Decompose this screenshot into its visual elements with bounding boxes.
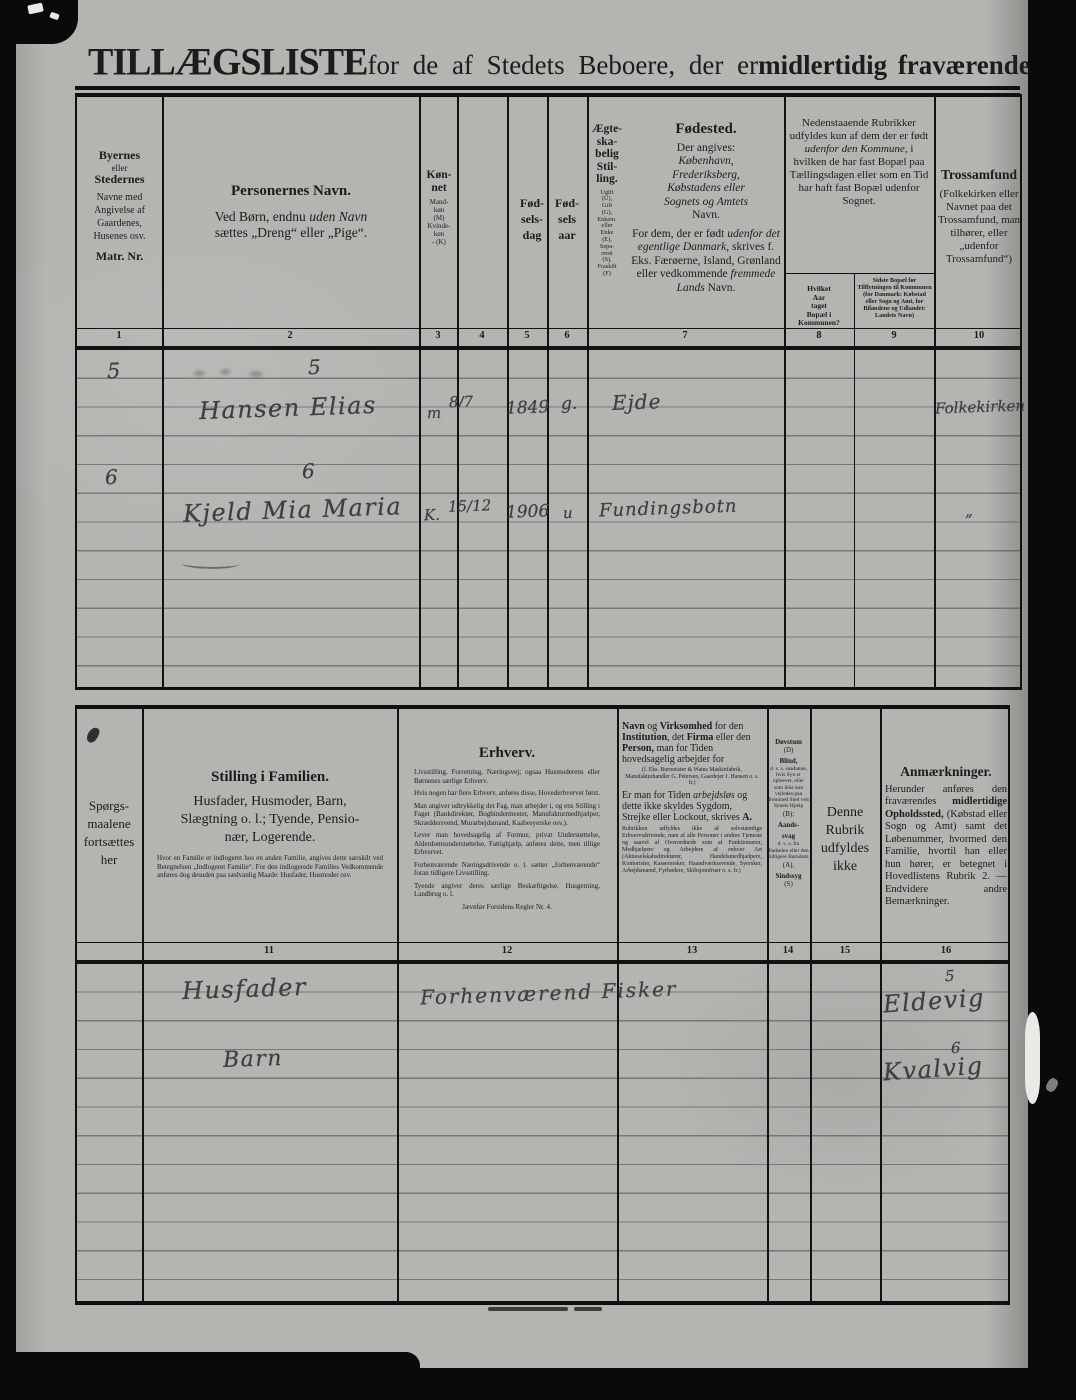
col7-cities: København, Frederiksberg, Købstadens ell…	[630, 155, 782, 209]
col7-paragraph: For dem, der er født udenfor det egentli…	[630, 228, 782, 296]
printer-imprint	[574, 1307, 602, 1311]
col-divider	[934, 97, 936, 689]
col13-fine2: Rubrikken udfyldes ikke af selvstændige …	[622, 826, 762, 875]
entry-row2-position: Barn	[223, 1046, 284, 1073]
colnum-14: 14	[783, 945, 794, 956]
col-divider	[547, 97, 549, 689]
colnum-11: 11	[264, 945, 274, 956]
col12-p6: Tyende angiver deres særlige Beskæftigel…	[402, 882, 612, 899]
col3-title: Køn- net	[421, 169, 457, 195]
entry-matr-6: 6	[105, 465, 119, 489]
col11-fineprint: Hvor en Familie er indlogeret hos en and…	[147, 854, 393, 880]
scan-border-bottom-left	[0, 1352, 420, 1372]
ink-smudge-faded-name	[189, 365, 275, 380]
col2-sub-line2: sættes „Dreng“ eller „Pige“.	[163, 225, 419, 241]
scan-border-right	[1028, 0, 1076, 1400]
title-lead: TILLÆGSLISTE	[88, 39, 367, 85]
colnum-16: 16	[941, 945, 952, 956]
col1-byernes: Byernes	[77, 149, 162, 163]
col12-title: Erhverv.	[402, 745, 612, 762]
scanned-census-page: TILLÆGSLISTE for de af Stedets Beboere, …	[0, 0, 1076, 1400]
colnum-9: 9	[891, 330, 896, 341]
col-divider	[617, 709, 619, 1301]
col-divider	[810, 709, 812, 1301]
colnum-15: 15	[840, 945, 851, 956]
col1-matr-nr: Matr. Nr.	[77, 250, 162, 264]
colnum-7: 7	[682, 330, 687, 341]
scan-border-bottom	[0, 1368, 1076, 1400]
header-col2-name: Personernes Navn. Ved Børn, endnu uden N…	[163, 183, 419, 240]
col9-sub: Sidste Bopæl før Tilflytningen til Kommu…	[857, 277, 932, 319]
col8-sub: Hvilket Aar taget Bopæl i Kommunen?	[786, 285, 852, 328]
col12-p2: Hvis nogen har flere Erhverv, anføres di…	[402, 789, 612, 798]
number-row-top-line	[77, 328, 1020, 329]
colnum-5: 5	[524, 330, 529, 341]
entry-row2-birthyear: 1906	[506, 501, 550, 522]
subheader-divider	[784, 273, 934, 274]
col-divider	[784, 97, 786, 689]
col3-sub: Mand- køn (M) Kvinde- køn - (K)	[421, 198, 457, 246]
col6-title: Ægte- ska- belig Stil- ling.	[589, 123, 625, 186]
entry-row1-sex: m	[427, 404, 442, 422]
col12-p7: Jævnfør Forsidens Regler Nr. 4.	[402, 903, 612, 912]
header-col5-birthyear: Fød- sels aar	[549, 195, 585, 243]
number-row-top-line	[77, 942, 1008, 943]
col6-sub: Ugift (U), Gift (G), Enkem. eller Enke (…	[589, 190, 625, 278]
page-title: TILLÆGSLISTE for de af Stedets Beboere, …	[88, 40, 1016, 84]
ink-mark	[85, 726, 101, 745]
header-col11-family-position: Stilling i Familien. Husfader, Husmoder,…	[147, 769, 393, 880]
col-divider	[507, 97, 509, 689]
colnum-13: 13	[687, 945, 698, 956]
header-col12-occupation: Erhverv. Livsstilling, Forretning, Nærin…	[402, 745, 612, 911]
entry-row1-birthyear: 1849	[506, 397, 550, 418]
entry-row1-birthday: 8/7	[449, 393, 474, 412]
title-tail: midlertidig fraværende.	[758, 50, 1037, 81]
colnum-8: 8	[816, 330, 821, 341]
entry-row1-number: 5	[308, 355, 322, 379]
colnum-2: 2	[287, 330, 292, 341]
entry-row1-faith: Folkekirken	[935, 396, 1026, 417]
col7-title: Fødested.	[630, 121, 782, 138]
header-col3-sex: Køn- net Mand- køn (M) Kvinde- køn - (K)	[421, 169, 457, 246]
entry-row2-status: u	[563, 504, 573, 522]
header-col16-remarks: Anmærkninger. Herunder anføres den fravæ…	[885, 764, 1007, 909]
col16-title: Anmærkninger.	[885, 764, 1007, 780]
number-row-thick-line	[77, 960, 1008, 964]
col12-p5: Forhenværende Næringsdrivende o. l. sætt…	[402, 861, 612, 878]
col-divider	[880, 709, 882, 1301]
col12-p1: Livsstilling, Forretning, Næringsvej; og…	[402, 768, 612, 785]
col8-9-paragraph: Nedenstaaende Rubrikker udfyldes kun af …	[789, 117, 929, 208]
col7-navn: Navn.	[630, 209, 782, 222]
entry-row1-birthplace: Ejde	[612, 389, 662, 415]
printer-imprint	[488, 1307, 568, 1311]
entry-row1-status: g.	[561, 394, 578, 415]
entry-row1-position: Husfader	[182, 973, 308, 1005]
col2-sub-line1: Ved Børn, endnu uden Navn	[163, 209, 419, 225]
entry-row2-sex: K.	[424, 506, 441, 525]
title-middle: for de af Stedets Beboere, der er	[367, 50, 758, 81]
colnum-6: 6	[564, 330, 569, 341]
entry-matr-5: 5	[107, 359, 121, 383]
colnum-3: 3	[435, 330, 440, 341]
header-col8-9-shared: Nedenstaaende Rubrikker udfyldes kun af …	[789, 117, 929, 208]
header-col15-not-filled: Denne Rubrik udfyldes ikke	[812, 804, 878, 876]
col1-detail: Navne med Angivelse af Gaardenes, Husene…	[77, 191, 162, 243]
table-continued-questions: Spørgs- maalene fortsættes her Stilling …	[75, 705, 1010, 1305]
table-absent-persons: Byernes eller Stedernes Navne med Angive…	[75, 94, 1022, 690]
header-col13-employer: Navn og Virksomhed for den Institution, …	[622, 721, 762, 875]
col2-title: Personernes Navn.	[163, 183, 419, 200]
scan-border-left	[0, 0, 16, 1400]
entry-row2-faith-ditto: „	[965, 502, 973, 520]
col12-p4: Lever man hovedsagelig af Formue, privat…	[402, 831, 612, 857]
colnum-1: 1	[116, 330, 121, 341]
col-divider-8-9	[854, 273, 855, 689]
colnum-4: 4	[479, 330, 484, 341]
header-col6-marital: Ægte- ska- belig Stil- ling. Ugift (U), …	[589, 123, 625, 278]
col1-stedernes: Stedernes	[77, 173, 162, 187]
header-col8-year: Hvilket Aar taget Bopæl i Kommunen?	[786, 285, 852, 328]
col13-p2: Er man for Tiden arbejdsløs og dette ikk…	[622, 790, 762, 823]
header-col9-last-residence: Sidste Bopæl før Tilflytningen til Kommu…	[857, 277, 932, 319]
title-rule-thick	[75, 86, 1020, 90]
col13-p1: Navn og Virksomhed for den Institution, …	[622, 721, 762, 765]
header-col14-disabilities: Døvstum(D)Blind,d. v. s. saadanne, hvis …	[768, 735, 809, 888]
col10-sub: (Folkekirken eller Navnet paa det Trossa…	[937, 188, 1021, 266]
entry-row2-birthday: 15/12	[448, 496, 492, 515]
entry-row2-number: 6	[302, 459, 316, 483]
col16-paragraph: Herunder anføres den fraværendes midlert…	[885, 784, 1007, 909]
col-divider	[397, 709, 399, 1301]
scan-binding-highlight	[1025, 1012, 1040, 1104]
col10-title: Trossamfund	[937, 167, 1021, 183]
sidebar-questions-continue: Spørgs- maalene fortsættes her	[77, 797, 141, 869]
col11-title: Stilling i Familien.	[147, 769, 393, 786]
number-row-thick-line	[77, 346, 1020, 350]
colnum-10: 10	[974, 330, 985, 341]
col7-angives: Der angives:	[630, 142, 782, 155]
header-col10-faith: Trossamfund (Folkekirken eller Navnet pa…	[937, 167, 1021, 266]
col5-title: Fød- sels aar	[549, 195, 585, 243]
col-divider	[142, 709, 144, 1301]
entry-row1-remark-number: 5	[945, 967, 955, 985]
ruled-lines	[77, 964, 1008, 1301]
col11-sub: Husfader, Husmoder, Barn, Slægtning o. l…	[147, 793, 393, 847]
col12-p3: Man angiver udtrykkelig det Fag, man arb…	[402, 802, 612, 828]
col13-fine1: (f. Eks. Burmeister & Wains Maskinfabrik…	[622, 767, 762, 787]
colnum-12: 12	[502, 945, 513, 956]
header-col1-place: Byernes eller Stedernes Navne med Angive…	[77, 149, 162, 264]
header-col7-birthplace: Fødested. Der angives: København, Freder…	[630, 121, 782, 295]
